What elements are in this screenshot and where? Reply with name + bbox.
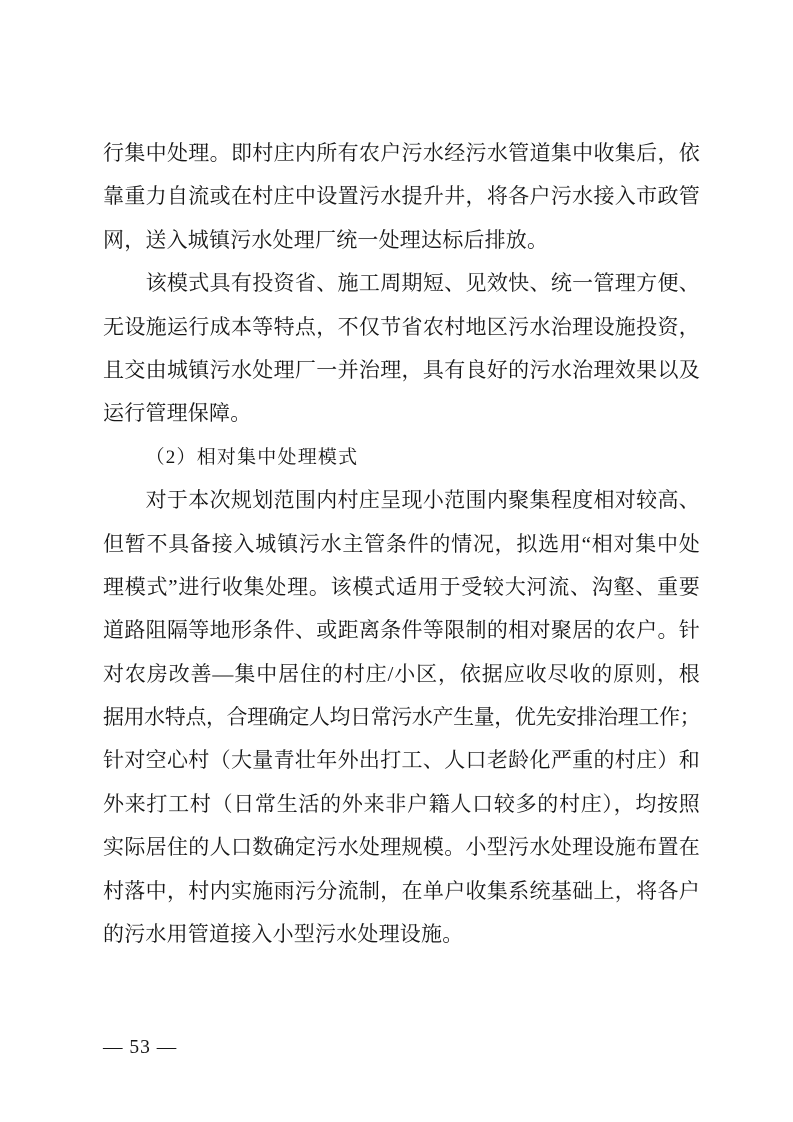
text-line: 道路阻隔等地形条件、或距离条件等限制的相对聚居的农户。针: [103, 609, 700, 652]
page-number: — 53 —: [103, 1036, 177, 1060]
text-block: 行集中处理。即村庄内所有农户污水经污水管道集中收集后，依靠重力自流或在村庄中设置…: [103, 132, 700, 956]
text-line: 对于本次规划范围内村庄呈现小范围内聚集程度相对较高、: [103, 479, 700, 522]
section-heading: （2）相对集中处理模式: [103, 436, 700, 479]
text-line: 对农房改善—集中居住的村庄/小区，依据应收尽收的原则，根: [103, 653, 700, 696]
text-line: 行集中处理。即村庄内所有农户污水经污水管道集中收集后，依: [103, 132, 700, 175]
text-line: 据用水特点，合理确定人均日常污水产生量，优先安排治理工作；: [103, 696, 700, 739]
document-page: 行集中处理。即村庄内所有农户污水经污水管道集中收集后，依靠重力自流或在村庄中设置…: [0, 0, 793, 1122]
text-line: 无设施运行成本等特点，不仅节省农村地区污水治理设施投资，: [103, 306, 700, 349]
text-line: 针对空心村（大量青壮年外出打工、人口老龄化严重的村庄）和: [103, 739, 700, 782]
text-line: 实际居住的人口数确定污水处理规模。小型污水处理设施布置在: [103, 826, 700, 869]
text-line: 但暂不具备接入城镇污水主管条件的情况，拟选用“相对集中处: [103, 523, 700, 566]
text-line: 运行管理保障。: [103, 392, 700, 435]
text-line: 该模式具有投资省、施工周期短、见效快、统一管理方便、: [103, 262, 700, 305]
text-line: 外来打工村（日常生活的外来非户籍人口较多的村庄），均按照: [103, 783, 700, 826]
text-line: 的污水用管道接入小型污水处理设施。: [103, 913, 700, 956]
text-line: 靠重力自流或在村庄中设置污水提升井，将各户污水接入市政管: [103, 175, 700, 218]
text-line: 且交由城镇污水处理厂一并治理，具有良好的污水治理效果以及: [103, 349, 700, 392]
text-line: 网，送入城镇污水处理厂统一处理达标后排放。: [103, 219, 700, 262]
text-line: 理模式”进行收集处理。该模式适用于受较大河流、沟壑、重要: [103, 566, 700, 609]
text-line: 村落中，村内实施雨污分流制，在单户收集系统基础上，将各户: [103, 870, 700, 913]
